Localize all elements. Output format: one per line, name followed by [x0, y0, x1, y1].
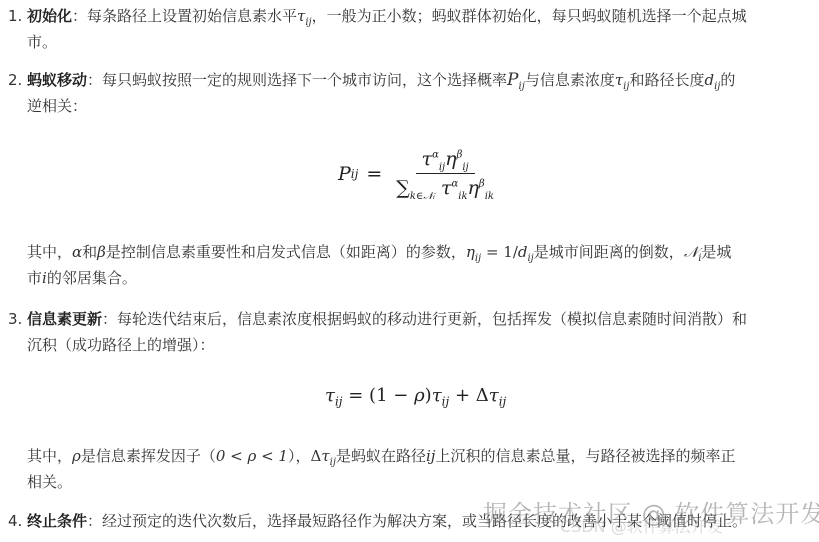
math-alpha: α	[72, 243, 82, 261]
fraction: ταijηβij ∑k∈𝒩ᵢ ταikηβik	[390, 148, 500, 199]
math-sup: α	[432, 150, 439, 161]
math-tau: τ	[325, 385, 335, 406]
math-sub: k∈𝒩ᵢ	[410, 191, 435, 202]
text: 是信息素挥发因子（	[81, 447, 216, 465]
text: 是城市间距离的倒数，	[534, 243, 684, 261]
math-tau: τ	[615, 71, 623, 89]
math-d: d	[704, 71, 714, 89]
text: 和	[82, 243, 97, 261]
item-3-line-2: 沉积（成功路径上的增强）：	[27, 334, 215, 356]
math-N: 𝒩	[684, 243, 698, 261]
math-tau: τ	[489, 385, 499, 406]
item-1-line-1: 初始化：每条路径上设置初始信息素水平τij，一般为正小数；蚂蚁群体初始化，每只蚂…	[27, 5, 747, 27]
text: ，一般为正小数；蚂蚁群体初始化，每只蚂蚁随机选择一个起点城	[312, 7, 747, 25]
math-tau: τ	[441, 177, 452, 199]
math-sub: ik	[485, 191, 494, 202]
item-number: 3.	[8, 308, 22, 330]
sum-symbol: ∑	[396, 177, 410, 199]
colon: ：	[87, 71, 102, 89]
item-title: 蚂蚁移动	[27, 71, 87, 89]
text: 其中，	[27, 447, 72, 465]
item-2-line-1: 蚂蚁移动：每只蚂蚁按照一定的规则选择下一个城市访问，这个选择概率Pij与信息素浓…	[27, 69, 735, 91]
math-eq: = 1/	[481, 243, 518, 261]
denominator: ∑k∈𝒩ᵢ ταikηβik	[390, 174, 500, 199]
math-sup: α	[451, 179, 458, 190]
item-title: 终止条件	[27, 512, 87, 530]
probability-formula: Pij = ταijηβij ∑k∈𝒩ᵢ ταikηβik	[338, 148, 500, 199]
text: 每只蚂蚁按照一定的规则选择下一个城市访问，这个选择概率	[102, 71, 507, 89]
math-P: P	[338, 163, 351, 185]
item-2-note-line-2: 市i的邻居集合。	[27, 267, 137, 289]
item-number: 2.	[8, 69, 22, 91]
math-sub: ik	[458, 191, 467, 202]
math-range: 0 < ρ < 1	[216, 447, 288, 465]
text: 的邻居集合。	[47, 269, 137, 287]
item-3-line-1: 信息素更新：每轮迭代结束后，信息素浓度根据蚂蚁的移动进行更新，包括挥发（模拟信息…	[27, 308, 747, 330]
math-tau: τ	[432, 385, 442, 406]
math-rho: ρ	[72, 447, 81, 465]
math-sup: β	[457, 150, 463, 161]
text: 是城	[701, 243, 731, 261]
math-rho: ρ	[414, 385, 425, 406]
pheromone-update-formula: τij = (1 − ρ)τij + Δτij	[325, 385, 506, 406]
text: ），	[288, 447, 311, 465]
math-delta: Δ	[311, 447, 322, 465]
math-paren: )	[425, 385, 432, 406]
item-title: 信息素更新	[27, 310, 102, 328]
text: 其中，	[27, 243, 72, 261]
text: 是控制信息素重要性和启发式信息（如距离）的参数，	[106, 243, 466, 261]
math-eta: η	[468, 177, 479, 199]
text: 和路径长度	[629, 71, 704, 89]
item-title: 初始化	[27, 7, 72, 25]
math-beta: β	[97, 243, 106, 261]
math-tau: τ	[422, 148, 433, 170]
colon: ：	[87, 512, 102, 530]
text: 市	[27, 269, 42, 287]
math-eq: = (1 −	[343, 385, 415, 406]
item-3-note-line-2: 相关。	[27, 471, 72, 493]
numerator: ταijηβij	[416, 148, 475, 174]
item-number: 1.	[8, 5, 22, 27]
math-eta: η	[466, 243, 475, 261]
math-tau: τ	[321, 447, 329, 465]
text: 上沉积的信息素总量，与路径被选择的频率正	[435, 447, 735, 465]
equals-sign: =	[366, 163, 382, 185]
text: 的	[720, 71, 735, 89]
math-eta: η	[445, 148, 456, 170]
item-number: 4.	[8, 510, 22, 532]
text: 每条路径上设置初始信息素水平	[87, 7, 297, 25]
math-plus-delta: + Δ	[449, 385, 489, 406]
math-sub: ij	[499, 395, 507, 409]
text: 每轮迭代结束后，信息素浓度根据蚂蚁的移动进行更新，包括挥发（模拟信息素随时间消散…	[117, 310, 747, 328]
text: 与信息素浓度	[525, 71, 615, 89]
math-sub: ij	[335, 395, 343, 409]
item-1-line-2: 市。	[27, 31, 57, 53]
item-3-note-line-1: 其中，ρ是信息素挥发因子（0 < ρ < 1），Δτij是蚂蚁在路径ij上沉积的…	[27, 445, 735, 467]
colon: ：	[102, 310, 117, 328]
item-2-line-2: 逆相关：	[27, 95, 87, 117]
watermark: 掘金技术社区 @ 软件算法开发	[483, 494, 819, 529]
item-2-note-line-1: 其中，α和β是控制信息素重要性和启发式信息（如距离）的参数，ηij = 1/di…	[27, 241, 731, 263]
colon: ：	[72, 7, 87, 25]
text: 是蚂蚁在路径	[336, 447, 426, 465]
math-sub: ij	[462, 162, 468, 173]
math-P: P	[507, 70, 518, 90]
math-sup: β	[479, 179, 485, 190]
